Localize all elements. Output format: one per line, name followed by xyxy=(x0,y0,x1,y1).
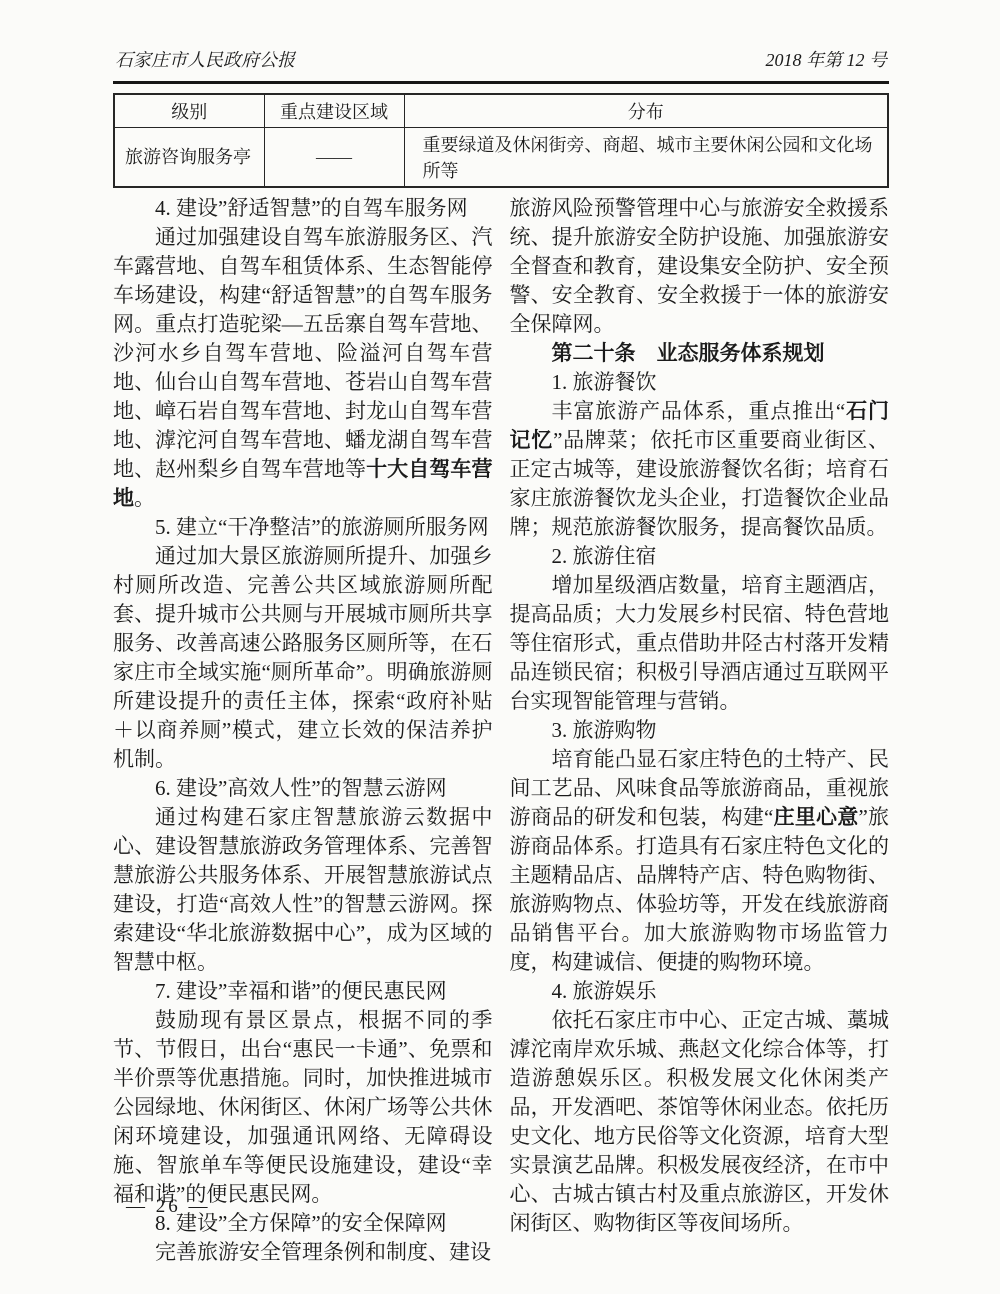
text-segment: 3. 旅游购物 xyxy=(552,718,657,742)
paragraph: 鼓励现有景区景点，根据不同的季节、节假日，出台“惠民一卡通”、免票和半价票等优惠… xyxy=(113,1006,493,1209)
table-row: 旅游咨询服务亭 —— 重要绿道及休闲街旁、商超、城市主要休闲公园和文化场所等 xyxy=(114,128,888,188)
item-heading: 3. 旅游购物 xyxy=(510,716,890,745)
item-heading: 2. 旅游住宿 xyxy=(510,542,890,571)
table-header-row: 级别 重点建设区域 分布 xyxy=(114,94,888,128)
publication-title: 石家庄市人民政府公报 xyxy=(115,46,295,72)
masthead-rule xyxy=(113,81,889,84)
text-segment: 6. 建设”高效人性”的智慧云游网 xyxy=(155,776,447,800)
cell-level: 旅游咨询服务亭 xyxy=(114,128,264,188)
paragraph: 通过加强建设自驾车旅游服务区、汽车露营地、自驾车租赁体系、生态智能停车场建设，构… xyxy=(113,223,493,513)
issue-number: 2018 年第 12 号 xyxy=(766,46,888,72)
text-segment: 2. 旅游住宿 xyxy=(552,544,657,568)
text-segment: 7. 建设”幸福和谐”的便民惠民网 xyxy=(155,979,447,1003)
text-segment: 5. 建立“干净整洁”的旅游厕所服务网 xyxy=(155,515,489,539)
text-segment: 依托石家庄市中心、正定古城、藁城滹沱南岸欢乐城、燕赵文化综合体等，打造游憩娱乐区… xyxy=(510,1008,890,1235)
cell-distribution: 重要绿道及休闲街旁、商超、城市主要休闲公园和文化场所等 xyxy=(404,128,888,188)
gazette-page: 石家庄市人民政府公报 2018 年第 12 号 级别 重点建设区域 分布 旅游咨… xyxy=(0,0,1000,1294)
text-segment: ”旅游商品体系。打造具有石家庄特色文化的主题精品店、品牌特产店、特色购物街、旅游… xyxy=(510,805,890,974)
paragraph: 旅游风险预警管理中心与旅游安全救援系统、提升旅游安全防护设施、加强旅游安全督查和… xyxy=(510,194,890,339)
paragraph: 培育能凸显石家庄特色的土特产、民间工艺品、风味食品等旅游商品，重视旅游商品的研发… xyxy=(510,745,890,977)
left-column: 4. 建设”舒适智慧”的自驾车服务网通过加强建设自驾车旅游服务区、汽车露营地、自… xyxy=(113,194,493,1267)
text-segment: 通过加大景区旅游厕所提升、加强乡村厕所改造、完善公共区域旅游厕所配套、提升城市公… xyxy=(113,544,493,771)
item-heading: 4. 建设”舒适智慧”的自驾车服务网 xyxy=(113,194,493,223)
page-number: — 26 — xyxy=(126,1196,211,1218)
text-segment: 4. 建设”舒适智慧”的自驾车服务网 xyxy=(155,196,468,220)
page-masthead: 石家庄市人民政府公报 2018 年第 12 号 xyxy=(113,46,889,81)
text-segment: 1. 旅游餐饮 xyxy=(552,370,657,394)
item-heading: 6. 建设”高效人性”的智慧云游网 xyxy=(113,774,493,803)
cell-key-area: —— xyxy=(264,128,404,188)
facilities-table: 级别 重点建设区域 分布 旅游咨询服务亭 —— 重要绿道及休闲街旁、商超、城市主… xyxy=(113,93,889,188)
paragraph: 通过加大景区旅游厕所提升、加强乡村厕所改造、完善公共区域旅游厕所配套、提升城市公… xyxy=(113,542,493,774)
paragraph: 通过构建石家庄智慧旅游云数据中心、建设智慧旅游政务管理体系、完善智慧旅游公共服务… xyxy=(113,803,493,977)
paragraph: 丰富旅游产品体系，重点推出“石门记忆”品牌菜；依托市区重要商业街区、正定古城等，… xyxy=(510,397,890,542)
page-content: 石家庄市人民政府公报 2018 年第 12 号 级别 重点建设区域 分布 旅游咨… xyxy=(113,46,889,1267)
table-header-level: 级别 xyxy=(114,94,264,128)
item-heading: 4. 旅游娱乐 xyxy=(510,977,890,1006)
text-segment: 完善旅游安全管理条例和制度、建设 xyxy=(155,1240,491,1264)
text-segment: 4. 旅游娱乐 xyxy=(552,979,657,1003)
right-column: 旅游风险预警管理中心与旅游安全救援系统、提升旅游安全防护设施、加强旅游安全督查和… xyxy=(510,194,890,1267)
text-segment: ”品牌菜；依托市区重要商业街区、正定古城等，建设旅游餐饮名街；培育石家庄旅游餐饮… xyxy=(510,428,890,539)
bold-text-segment: 庄里心意 xyxy=(773,806,858,829)
text-segment: 增加星级酒店数量，培育主题酒店，提高品质；大力发展乡村民宿、特色营地等住宿形式，… xyxy=(510,573,890,713)
item-heading: 1. 旅游餐饮 xyxy=(510,368,890,397)
item-heading: 5. 建立“干净整洁”的旅游厕所服务网 xyxy=(113,513,493,542)
text-segment: 通过构建石家庄智慧旅游云数据中心、建设智慧旅游政务管理体系、完善智慧旅游公共服务… xyxy=(113,805,493,974)
paragraph: 完善旅游安全管理条例和制度、建设 xyxy=(113,1238,493,1267)
text-segment: 旅游风险预警管理中心与旅游安全救援系统、提升旅游安全防护设施、加强旅游安全督查和… xyxy=(510,196,890,336)
text-segment: 。 xyxy=(134,486,155,510)
section-heading: 第二十条 业态服务体系规划 xyxy=(510,339,890,368)
text-segment: 通过加强建设自驾车旅游服务区、汽车露营地、自驾车租赁体系、生态智能停车场建设，构… xyxy=(113,225,493,481)
bold-text-segment: 第二十条 业态服务体系规划 xyxy=(552,342,825,365)
table-header-distribution: 分布 xyxy=(404,94,888,128)
text-segment: 鼓励现有景区景点，根据不同的季节、节假日，出台“惠民一卡通”、免票和半价票等优惠… xyxy=(113,1008,493,1206)
table-header-key-area: 重点建设区域 xyxy=(264,94,404,128)
paragraph: 增加星级酒店数量，培育主题酒店，提高品质；大力发展乡村民宿、特色营地等住宿形式，… xyxy=(510,571,890,716)
body-columns: 4. 建设”舒适智慧”的自驾车服务网通过加强建设自驾车旅游服务区、汽车露营地、自… xyxy=(113,194,889,1267)
paragraph: 依托石家庄市中心、正定古城、藁城滹沱南岸欢乐城、燕赵文化综合体等，打造游憩娱乐区… xyxy=(510,1006,890,1238)
text-segment: 丰富旅游产品体系，重点推出“ xyxy=(552,399,846,423)
item-heading: 7. 建设”幸福和谐”的便民惠民网 xyxy=(113,977,493,1006)
